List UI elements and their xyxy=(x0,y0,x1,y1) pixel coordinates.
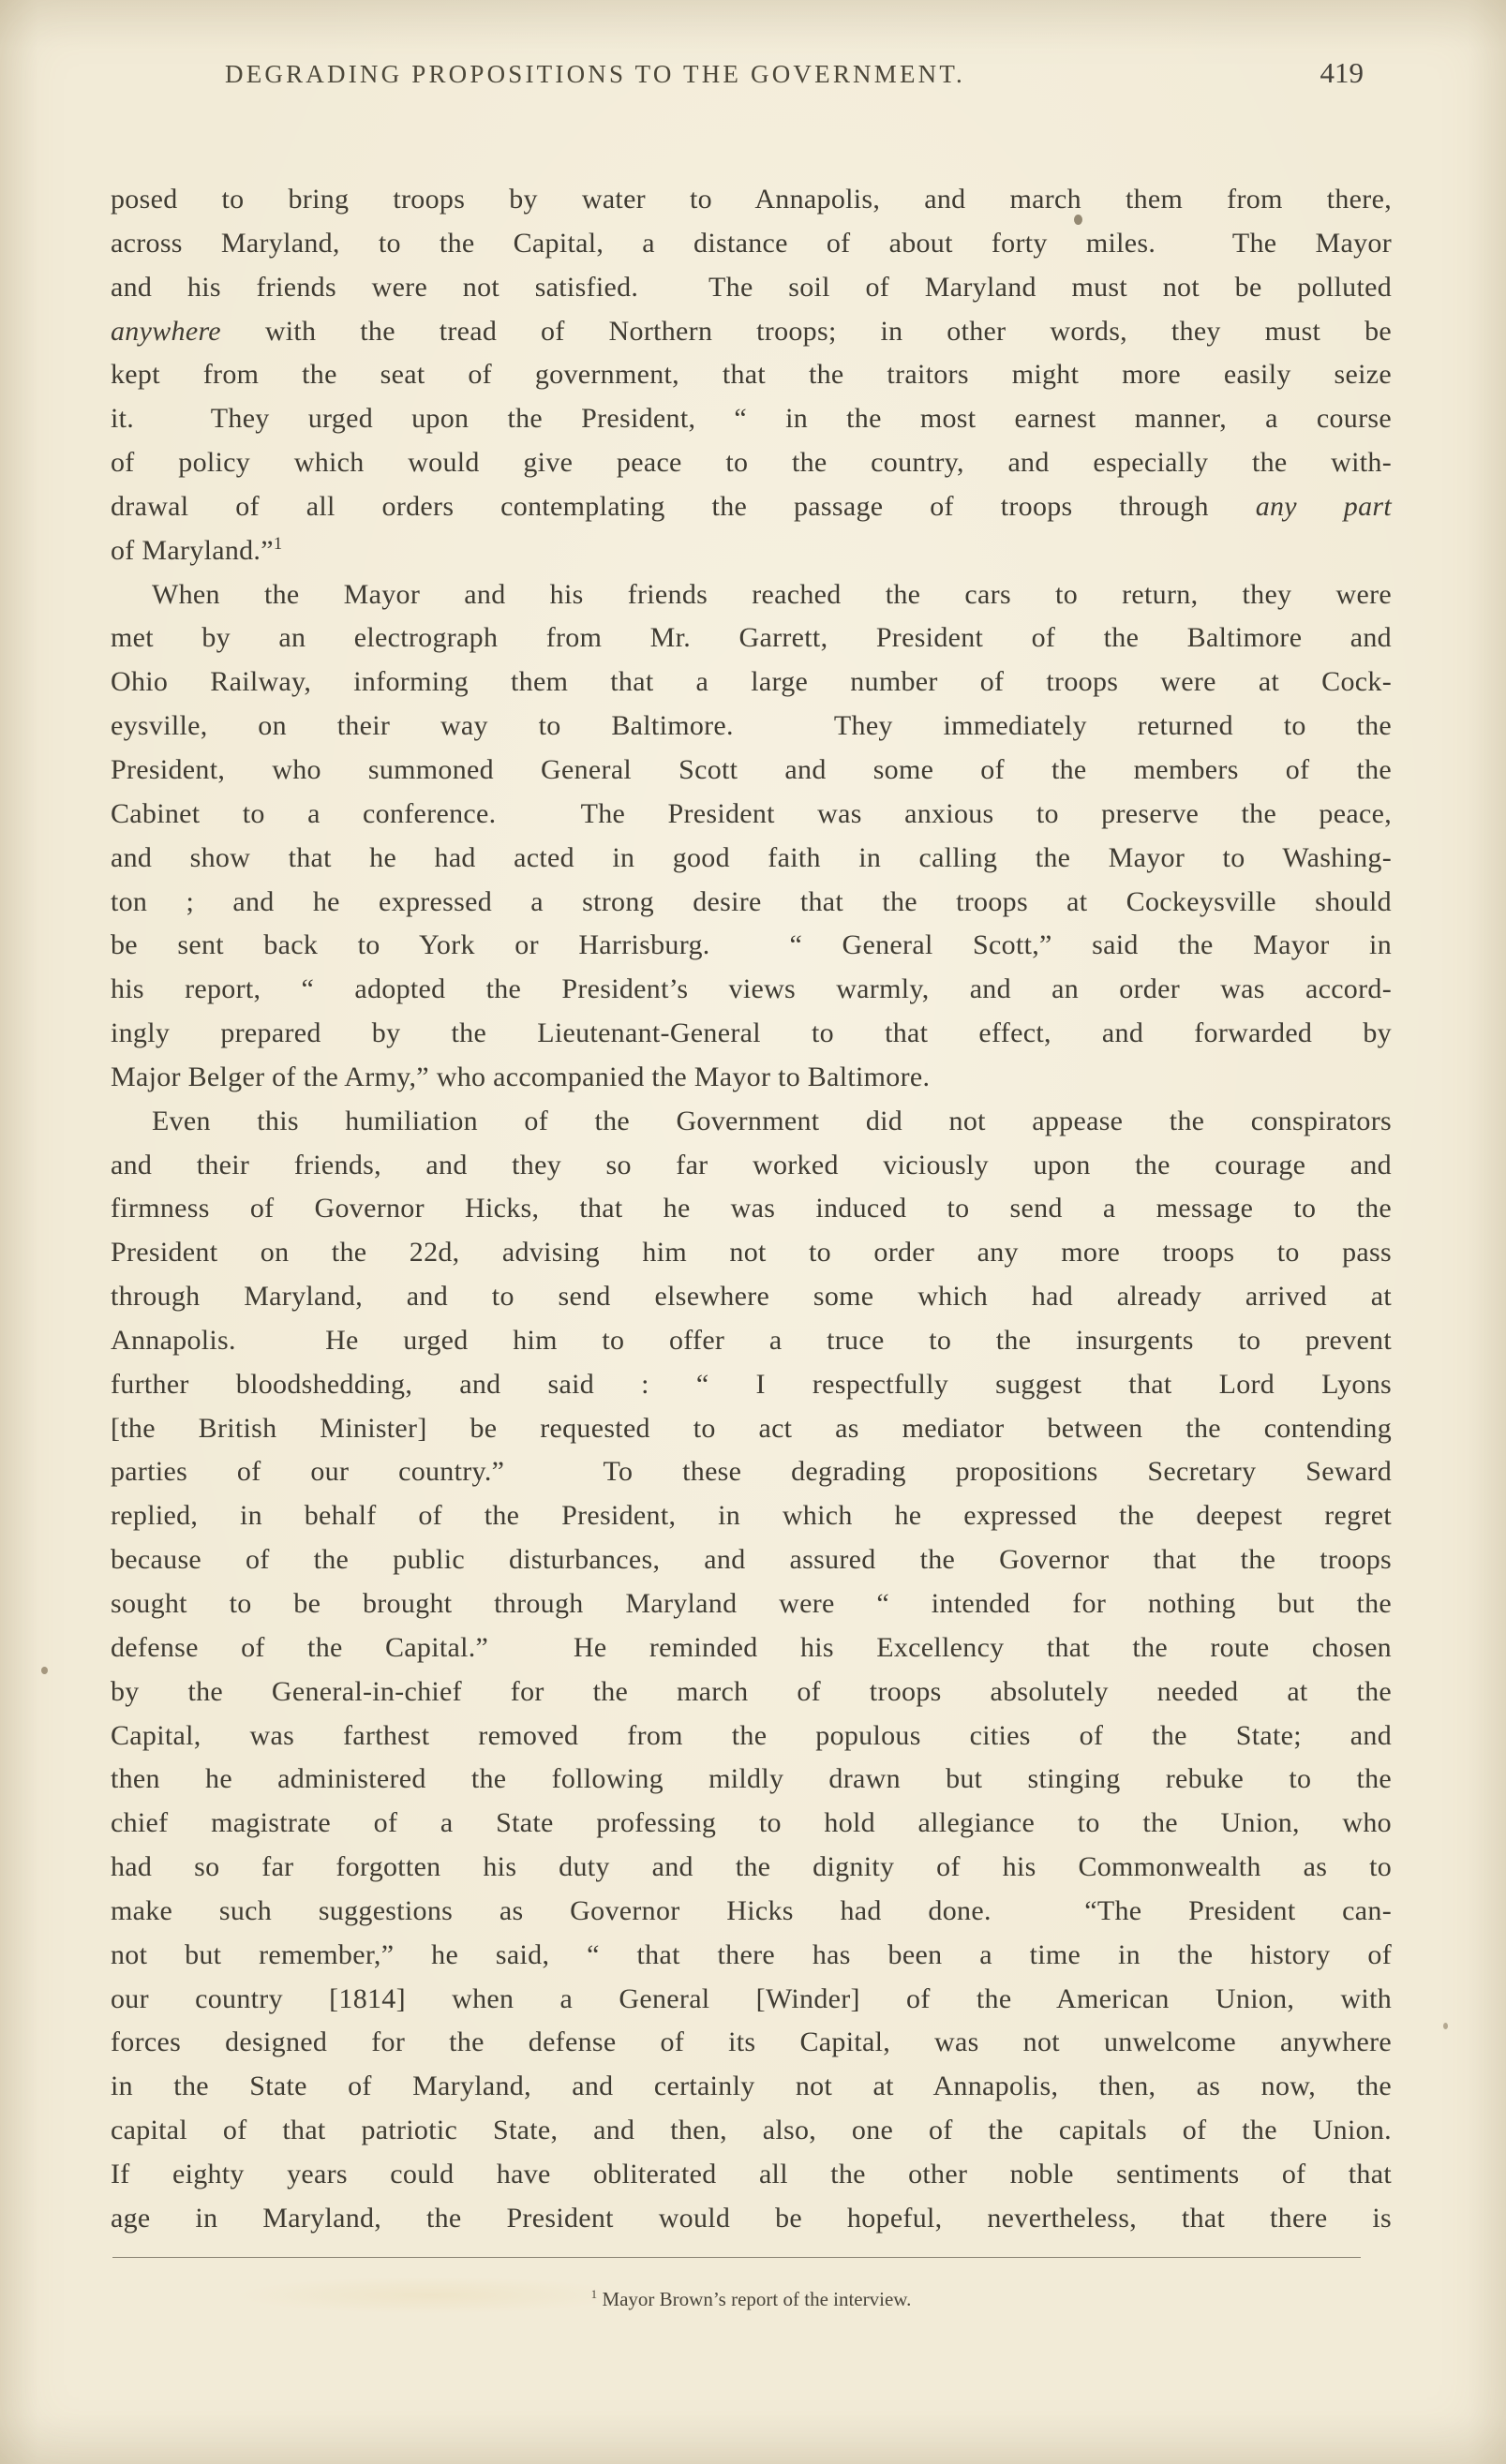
text-line: not but remember,” he said, “ that there… xyxy=(111,1934,1392,1978)
text-line: ton ; and he expressed a strong desire t… xyxy=(111,881,1392,925)
text-line: and his friends were not satisfied. The … xyxy=(111,266,1392,310)
page-title: DEGRADING PROPOSITIONS TO THE GOVERNMENT… xyxy=(225,60,965,89)
text-line: had so far forgotten his duty and the di… xyxy=(111,1846,1392,1890)
text-line: President, who summoned General Scott an… xyxy=(111,749,1392,793)
text-line: anywhere with the tread of Northern troo… xyxy=(111,310,1392,354)
text-line: sought to be brought through Maryland we… xyxy=(111,1582,1392,1626)
text-line: eysville, on their way to Baltimore. The… xyxy=(111,705,1392,749)
text-line: posed to bring troops by water to Annapo… xyxy=(111,178,1392,222)
book-page: DEGRADING PROPOSITIONS TO THE GOVERNMENT… xyxy=(0,0,1506,2464)
text-line: then he administered the following mildl… xyxy=(111,1758,1392,1802)
page-number: 419 xyxy=(1320,56,1364,90)
text-line: Cabinet to a conference. The President w… xyxy=(111,793,1392,837)
body-text: posed to bring troops by water to Annapo… xyxy=(111,178,1392,2241)
text-line: firmness of Governor Hicks, that he was … xyxy=(111,1187,1392,1231)
text-line: across Maryland, to the Capital, a dista… xyxy=(111,222,1392,266)
text-line: and show that he had acted in good faith… xyxy=(111,837,1392,881)
text-line: in the State of Maryland, and certainly … xyxy=(111,2065,1392,2109)
text-line: met by an electrograph from Mr. Garrett,… xyxy=(111,616,1392,661)
text-line: replied, in behalf of the President, in … xyxy=(111,1494,1392,1538)
text-line: [the British Minister] be requested to a… xyxy=(111,1407,1392,1451)
text-line: of Maryland.”1 xyxy=(111,529,1392,573)
ink-speck xyxy=(1443,2023,1448,2029)
text-line: drawal of all orders contemplating the p… xyxy=(111,485,1392,529)
text-line: and their friends, and they so far worke… xyxy=(111,1144,1392,1188)
text-line: capital of that patriotic State, and the… xyxy=(111,2109,1392,2153)
ink-speck xyxy=(1074,215,1082,225)
text-line: If eighty years could have obliterated a… xyxy=(111,2153,1392,2197)
footnote-divider xyxy=(112,2257,1361,2258)
text-line: Ohio Railway, informing them that a larg… xyxy=(111,661,1392,705)
text-line: through Maryland, and to send elsewhere … xyxy=(111,1275,1392,1319)
ink-speck xyxy=(41,1667,48,1674)
text-line: age in Maryland, the President would be … xyxy=(111,2197,1392,2241)
text-line: by the General-in-chief for the march of… xyxy=(111,1670,1392,1714)
text-line: defense of the Capital.” He reminded his… xyxy=(111,1626,1392,1670)
text-line: President on the 22d, advising him not t… xyxy=(111,1231,1392,1275)
paper-stain xyxy=(234,2277,628,2314)
text-line: Annapolis. He urged him to offer a truce… xyxy=(111,1319,1392,1363)
text-line: parties of our country.” To these degrad… xyxy=(111,1450,1392,1494)
text-line: further bloodshedding, and said : “ I re… xyxy=(111,1363,1392,1407)
text-line: forces designed for the defense of its C… xyxy=(111,2021,1392,2065)
footnote-text: Mayor Brown’s report of the interview. xyxy=(597,2288,911,2310)
text-line: Major Belger of the Army,” who accompani… xyxy=(111,1056,1392,1100)
text-line: his report, “ adopted the President’s vi… xyxy=(111,968,1392,1012)
text-line: chief magistrate of a State professing t… xyxy=(111,1802,1392,1846)
text-line: make such suggestions as Governor Hicks … xyxy=(111,1890,1392,1934)
text-line: Capital, was farthest removed from the p… xyxy=(111,1714,1392,1759)
text-line: of policy which would give peace to the … xyxy=(111,441,1392,485)
text-line: ingly prepared by the Lieutenant-General… xyxy=(111,1012,1392,1056)
text-line: because of the public disturbances, and … xyxy=(111,1538,1392,1582)
text-line: When the Mayor and his friends reached t… xyxy=(111,573,1392,617)
text-line: it. They urged upon the President, “ in … xyxy=(111,397,1392,441)
text-line: be sent back to York or Harrisburg. “ Ge… xyxy=(111,924,1392,968)
text-line: Even this humiliation of the Government … xyxy=(111,1100,1392,1144)
text-line: our country [1814] when a General [Winde… xyxy=(111,1978,1392,2022)
running-head: DEGRADING PROPOSITIONS TO THE GOVERNMENT… xyxy=(117,56,1364,90)
text-line: kept from the seat of government, that t… xyxy=(111,353,1392,397)
